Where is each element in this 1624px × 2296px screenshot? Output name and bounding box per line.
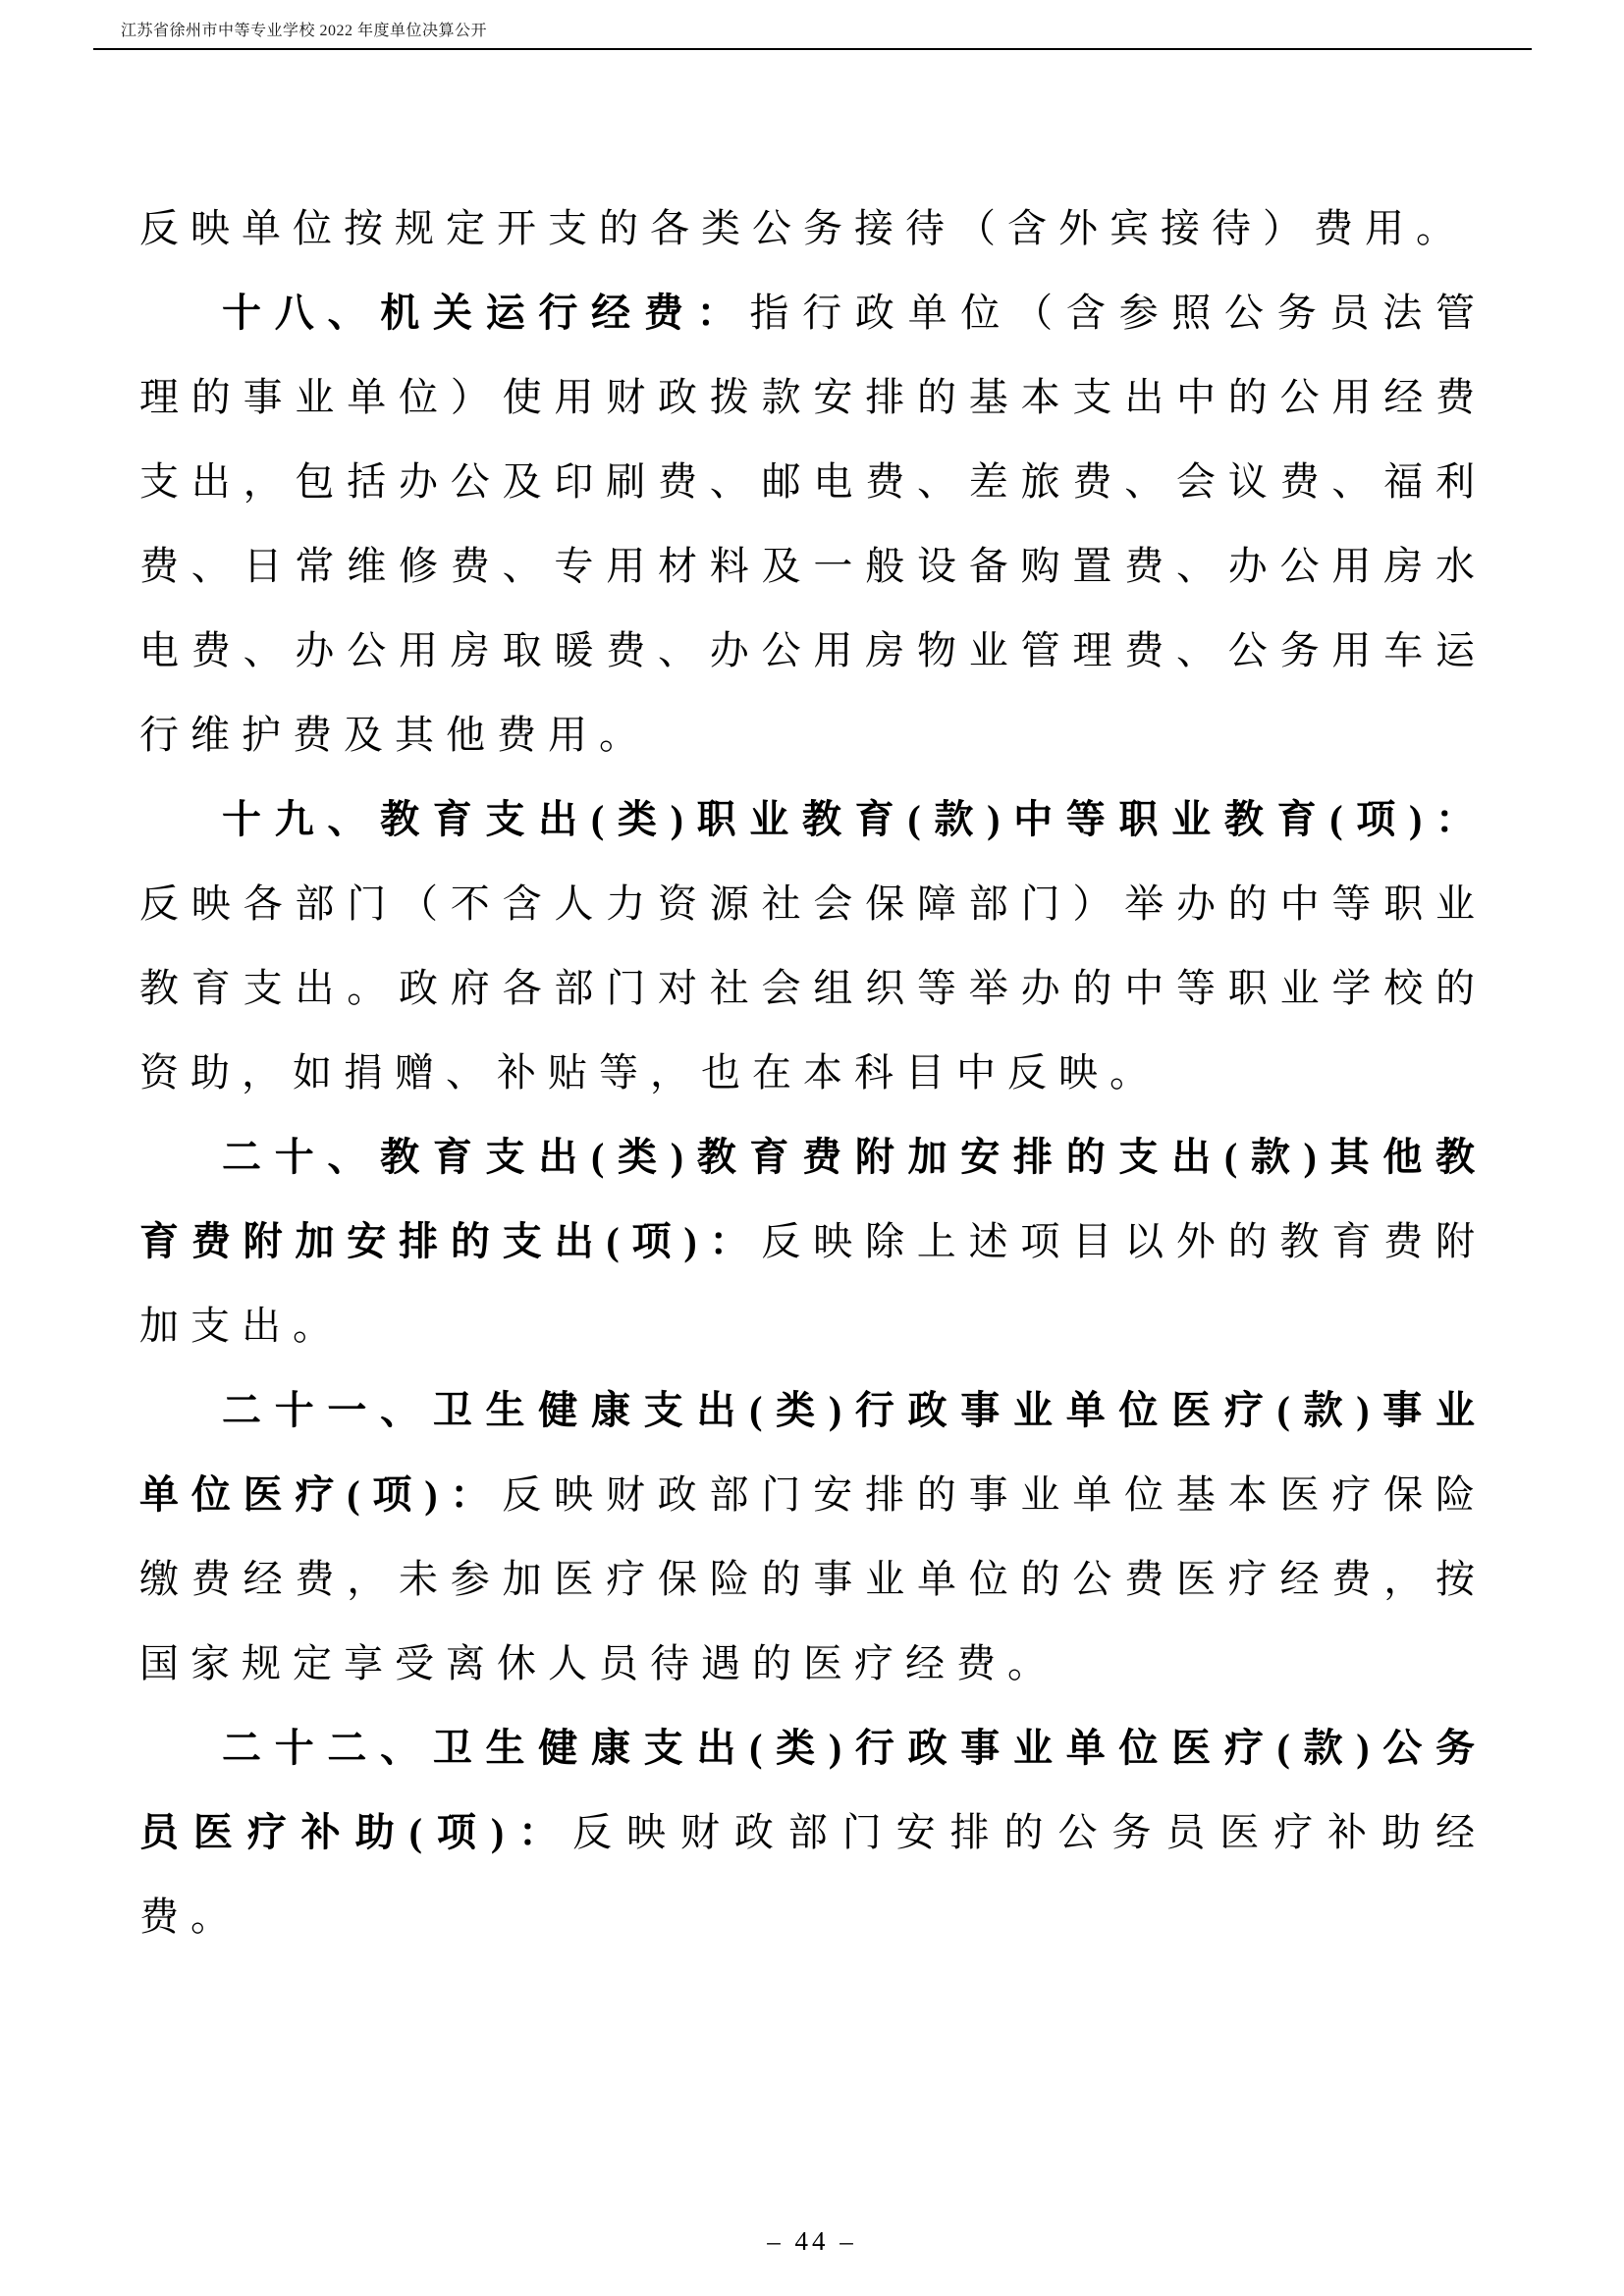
paragraph-text: 反映各部门（不含人力资源社会保障部门）举办的中等职业教育支出。政府各部门对社会组… (139, 881, 1487, 1095)
document-page: 江苏省徐州市中等专业学校 2022 年度单位决算公开 反映单位按规定开支的各类公… (0, 0, 1624, 2296)
page-header: 江苏省徐州市中等专业学校 2022 年度单位决算公开 (93, 18, 1532, 50)
paragraph: 十八、机关运行经费：指行政单位（含参照公务员法管理的事业单位）使用财政拨款安排的… (139, 271, 1487, 777)
page-footer: – 44 – (0, 2226, 1624, 2257)
document-body: 反映单位按规定开支的各类公务接待（含外宾接待）费用。 十八、机关运行经费：指行政… (139, 187, 1487, 1959)
paragraph-lead: 十九、教育支出(类)职业教育(款)中等职业教育(项)： (222, 797, 1487, 841)
paragraph: 二十一、卫生健康支出(类)行政事业单位医疗(款)事业单位医疗(项)：反映财政部门… (139, 1368, 1487, 1706)
paragraph-text: 反映单位按规定开支的各类公务接待（含外宾接待）费用。 (139, 206, 1467, 250)
paragraph: 二十、教育支出(类)教育费附加安排的支出(款)其他教育费附加安排的支出(项)：反… (139, 1115, 1487, 1368)
paragraph: 二十二、卫生健康支出(类)行政事业单位医疗(款)公务员医疗补助(项)：反映财政部… (139, 1706, 1487, 1959)
paragraph-lead: 十八、机关运行经费： (222, 291, 749, 335)
header-rule (93, 48, 1532, 50)
page-number: – 44 – (767, 2226, 857, 2256)
paragraph-text: 指行政单位（含参照公务员法管理的事业单位）使用财政拨款安排的基本支出中的公用经费… (139, 291, 1487, 757)
header-title: 江苏省徐州市中等专业学校 2022 年度单位决算公开 (93, 18, 1532, 40)
paragraph: 十九、教育支出(类)职业教育(款)中等职业教育(项)：反映各部门（不含人力资源社… (139, 777, 1487, 1115)
paragraph: 反映单位按规定开支的各类公务接待（含外宾接待）费用。 (139, 187, 1487, 271)
